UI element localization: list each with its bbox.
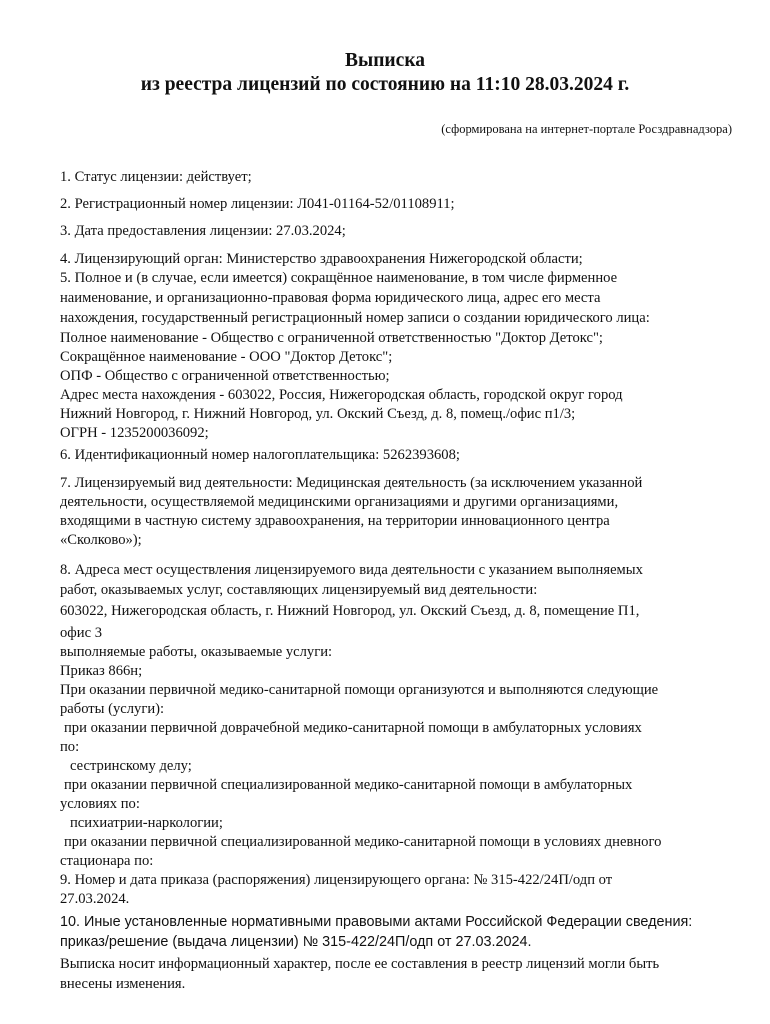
legal-form: ОПФ - Общество с ограниченной ответствен…	[60, 367, 390, 385]
activity-line: «Сколково»);	[60, 531, 142, 549]
inn: 6. Идентификационный номер налогоплатель…	[60, 446, 460, 464]
services-line: При оказании первичной медико-санитарной…	[60, 681, 658, 699]
entity-header-line: нахождения, государственный регистрацион…	[60, 309, 650, 327]
document-title: Выписка	[0, 50, 770, 72]
address-line: Адрес места нахождения - 603022, Россия,…	[60, 386, 623, 404]
other-info-line: 10. Иные установленные нормативными прав…	[60, 913, 692, 931]
full-name: Полное наименование - Общество с огранич…	[60, 329, 603, 347]
services-line: сестринскому делу;	[70, 757, 192, 775]
issue-date: 3. Дата предоставления лицензии: 27.03.2…	[60, 222, 346, 240]
services-line: при оказании первичной специализированно…	[64, 833, 661, 851]
ogrn: ОГРН - 1235200036092;	[60, 424, 209, 442]
license-status: 1. Статус лицензии: действует;	[60, 168, 252, 186]
address-line: Нижний Новгород, г. Нижний Новгород, ул.…	[60, 405, 575, 423]
entity-header-line: 5. Полное и (в случае, если имеется) сок…	[60, 269, 617, 287]
footer-note-line: внесены изменения.	[60, 975, 185, 993]
order-line: 9. Номер и дата приказа (распоряжения) л…	[60, 871, 612, 889]
source-note: (сформирована на интернет-портале Росздр…	[441, 122, 732, 137]
services-line: условиях по:	[60, 795, 140, 813]
services-line: Приказ 866н;	[60, 662, 142, 680]
locations-header-line: 8. Адреса мест осуществления лицензируем…	[60, 561, 643, 579]
licensing-body: 4. Лицензирующий орган: Министерство здр…	[60, 250, 583, 268]
services-line: выполняемые работы, оказываемые услуги:	[60, 643, 332, 661]
location-address-line: офис 3	[60, 624, 102, 642]
short-name: Сокращённое наименование - ООО "Доктор Д…	[60, 348, 392, 366]
footer-note-line: Выписка носит информационный характер, п…	[60, 955, 659, 973]
location-address-line: 603022, Нижегородская область, г. Нижний…	[60, 602, 639, 620]
registration-number: 2. Регистрационный номер лицензии: Л041-…	[60, 195, 455, 213]
services-line: работы (услуги):	[60, 700, 164, 718]
services-line: по:	[60, 738, 79, 756]
activity-line: 7. Лицензируемый вид деятельности: Медиц…	[60, 474, 642, 492]
document-subtitle: из реестра лицензий по состоянию на 11:1…	[0, 74, 770, 96]
services-line: психиатрии-наркологии;	[70, 814, 223, 832]
entity-header-line: наименование, и организационно-правовая …	[60, 289, 600, 307]
activity-line: деятельности, осуществляемой медицинским…	[60, 493, 618, 511]
locations-header-line: работ, оказываемых услуг, составляющих л…	[60, 581, 537, 599]
services-line: при оказании первичной доврачебной медик…	[64, 719, 642, 737]
services-line: стационара по:	[60, 852, 153, 870]
order-line: 27.03.2024.	[60, 890, 129, 908]
activity-line: входящими в частную систему здравоохране…	[60, 512, 610, 530]
services-line: при оказании первичной специализированно…	[64, 776, 632, 794]
other-info-line: приказ/решение (выдача лицензии) № 315-4…	[60, 933, 532, 951]
